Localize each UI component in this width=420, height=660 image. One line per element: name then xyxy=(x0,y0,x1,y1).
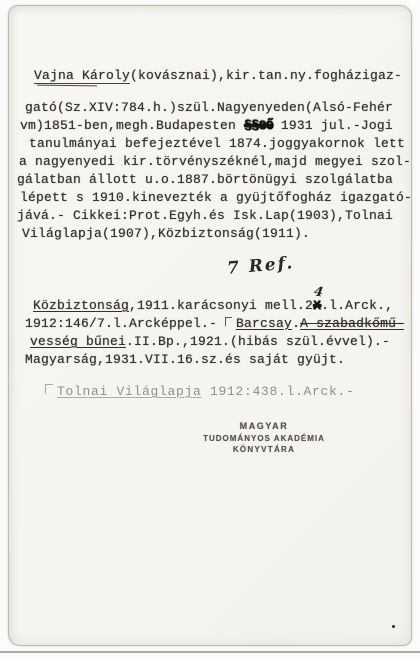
biblio-title-kozbiztonsag: Közbiztonság xyxy=(33,298,129,313)
insertion-mark-icon xyxy=(225,317,232,326)
library-stamp: MAGYAR TUDOMÁNYOS AKADÉMIA KÖNYVTÁRA xyxy=(164,421,364,454)
catalog-card: Vajna Károly(kovásznai),kir.tan.ny.foghá… xyxy=(8,5,412,646)
entry-line-9: Világlapja(1907),Közbiztonság(1911). xyxy=(22,226,310,241)
biblio-line-2-dot: . xyxy=(292,316,300,331)
biblio-line-1-end: .l.Arck., xyxy=(321,298,393,313)
entry-line-3-post: 1931 jul.-Jogi xyxy=(273,118,393,133)
struck-digit: X4 xyxy=(313,298,321,313)
entry-line-3-pre: vm)1851-ben,megh.Budapesten xyxy=(20,118,244,133)
biblio-line-1: Közbiztonság,1911.karácsonyi mell.2X4.l.… xyxy=(33,298,393,313)
entry-name: Vajna Károly xyxy=(34,68,130,84)
entry-line-8: jává.- Cikkei:Prot.Egyh.és Isk.Lap(1903)… xyxy=(17,208,393,223)
biblio-line-4: Magyarság,1931.VII.16.sz.és saját gyüjt. xyxy=(25,352,345,367)
insertion-mark-icon xyxy=(45,384,53,394)
entry-line-1: Vajna Károly(kovásznai),kir.tan.ny.foghá… xyxy=(34,68,402,83)
entry-line-2: gató(Sz.XIV:784.h.)szül.Nagyenyeden(Alsó… xyxy=(25,100,393,115)
stamp-line-2: TUDOMÁNYOS AKADÉMIA xyxy=(164,434,364,443)
biblio-line-3-rest: .II.Bp.,1921.(hibás szül.évvel).- xyxy=(126,334,390,349)
ink-dot xyxy=(392,625,395,628)
entry-line-4: tanulmányai befejeztével 1874.joggyakorn… xyxy=(29,136,405,151)
scan-edge-line xyxy=(0,651,420,653)
entry-line-7: lépett s 1910.kinevezték a gyüjtőfogház … xyxy=(20,190,412,205)
entry-line-5: a nagyenyedi kir.törvényszéknél,majd meg… xyxy=(19,154,411,169)
faded-reference-rest: 1912:438.l.Arck.- xyxy=(202,384,355,399)
faded-reference-line: Tolnai Világlapja 1912:438.l.Arck.- xyxy=(45,384,355,399)
biblio-book-title-part1: A szabadkőmű- xyxy=(300,316,404,331)
biblio-line-2-pre: 1912:146/7.l.Arcképpel.- xyxy=(25,316,225,331)
biblio-book-title-part2: vesség bűnei xyxy=(30,334,126,349)
stamp-line-3: KÖNYVTÁRA xyxy=(164,445,364,454)
handwritten-note: 7 Ref. xyxy=(226,253,295,279)
biblio-line-2: 1912:146/7.l.Arcképpel.- Barcsay.A szaba… xyxy=(25,316,404,331)
biblio-line-3: vesség bűnei.II.Bp.,1921.(hibás szül.évv… xyxy=(30,334,390,349)
faded-reference-title: Tolnai Világlapja xyxy=(57,384,202,399)
entry-line-3: vm)1851-ben,megh.Budapesten §§8Ő 1931 ju… xyxy=(20,118,393,133)
overstruck-text: §§8Ő xyxy=(244,118,273,133)
entry-line-6: gálatban állott u.o.1887.börtönügyi szol… xyxy=(17,172,393,187)
entry-line-1-rest: (kovásznai),kir.tan.ny.fogházigaz- xyxy=(130,68,402,83)
biblio-line-1-mid: ,1911.karácsonyi mell.2 xyxy=(129,298,313,313)
biblio-author-barcsay: Barcsay xyxy=(236,316,292,331)
stamp-line-1: MAGYAR xyxy=(164,421,364,431)
